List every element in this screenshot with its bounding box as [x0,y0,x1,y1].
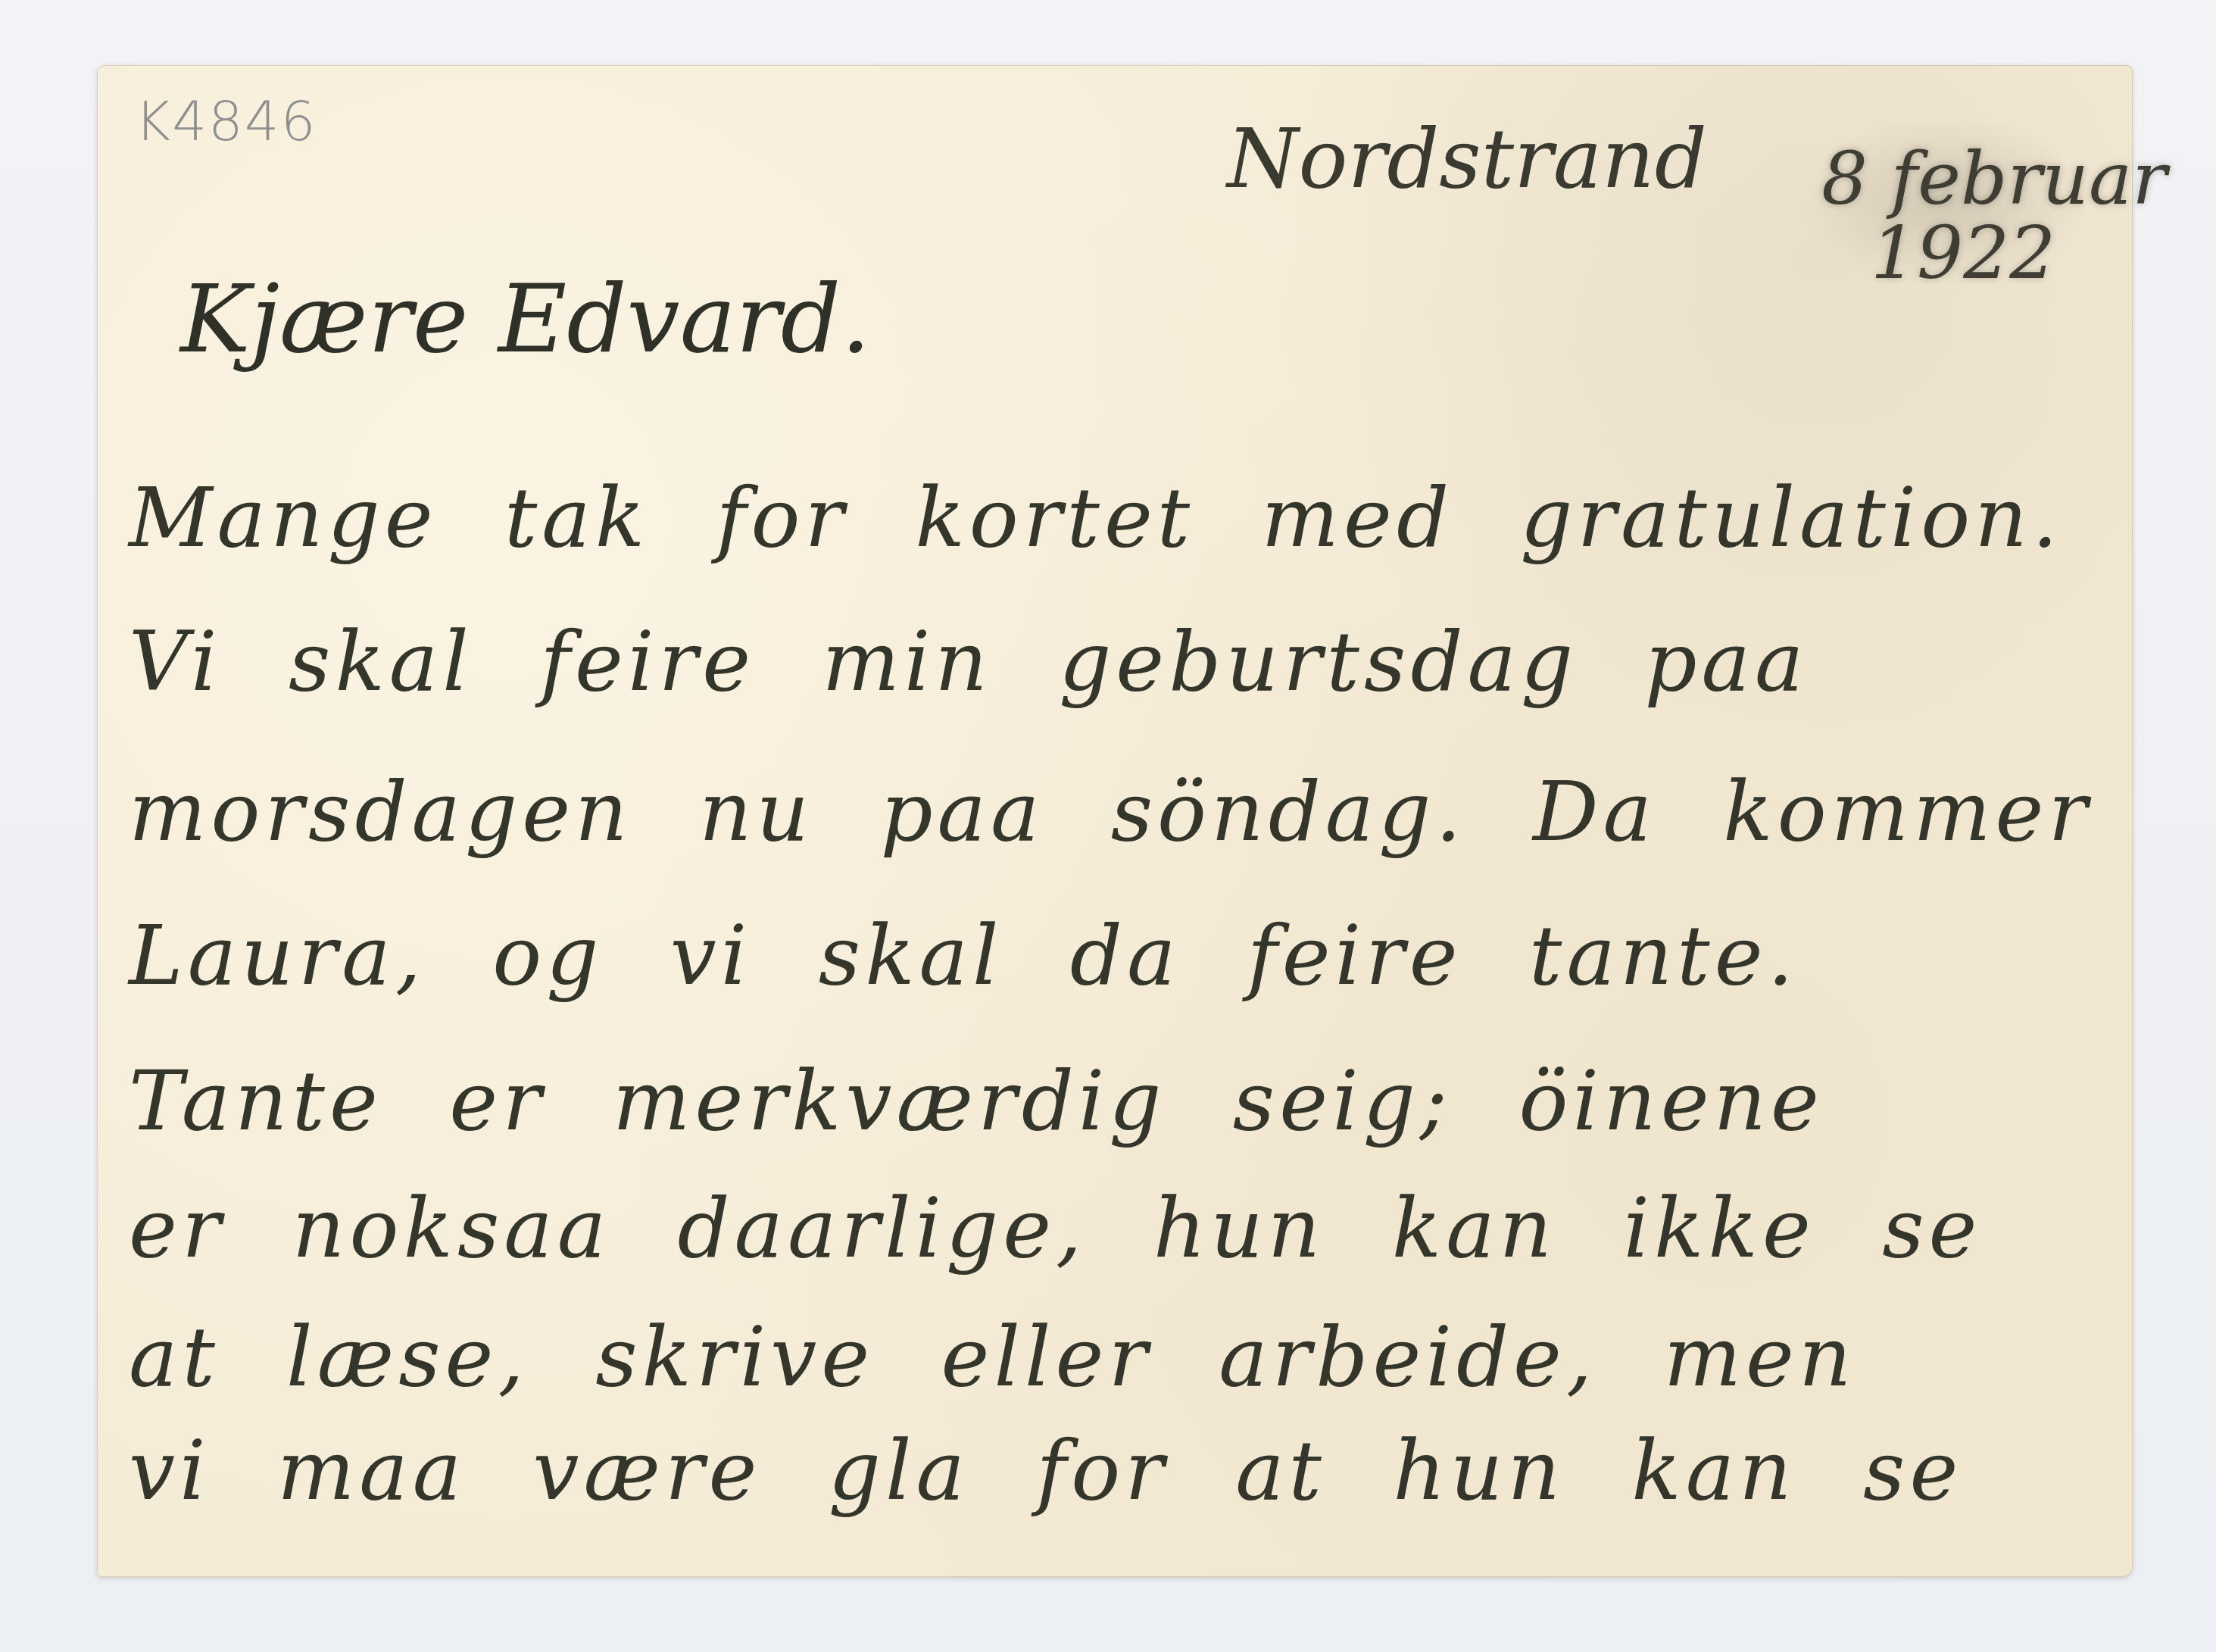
date-year: 1922 [1871,211,2055,295]
date-day-month: 8 februar [1821,136,2167,221]
body-line: Vi skal feire min geburtsdag paa [129,615,1808,710]
body-line: vi maa være gla for at hun kan se [129,1424,1962,1519]
body-line: er noksaa daarlige, hun kan ikke se [129,1182,1981,1276]
body-line: at læse, skrive eller arbeide, men [129,1310,1856,1405]
archive-number: K4846 [135,89,317,153]
body-line: Tante er merkværdig seig; öinene [129,1054,1824,1149]
body-line: Mange tak for kortet med gratulation. [129,471,2062,566]
salutation: Kjære Edvard. [180,265,871,374]
place-name: Nordstrand [1227,112,1707,207]
body-line: morsdagen nu paa söndag. Da kommer [129,765,2092,860]
body-line: Laura, og vi skal da feire tante. [129,909,1798,1004]
